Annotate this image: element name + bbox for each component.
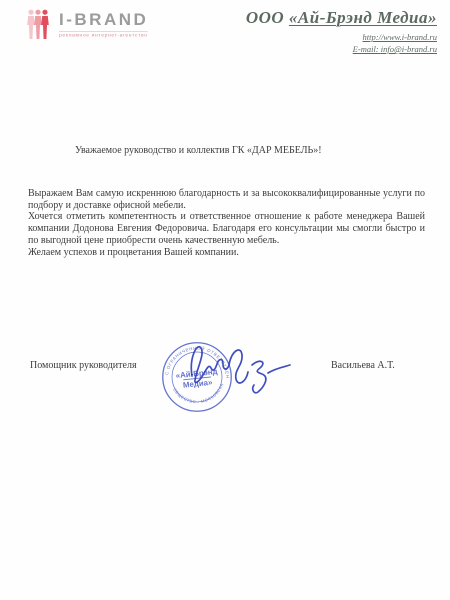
company-name: ООО «Ай-Брэнд Медиа» [246,8,437,28]
signer-position: Помощник руководителя [30,360,137,371]
company-title: «Ай-Брэнд Медиа» [289,8,437,27]
email-label: E-mail: [353,44,379,54]
company-prefix: ООО [246,8,284,27]
brand-wordmark: I-BRAND [59,9,202,31]
company-email-line: E-mail: info@i-brand.ru [246,44,437,54]
letterhead-company-block: ООО «Ай-Брэнд Медиа» http://www.i-brand.… [246,8,437,54]
company-website: http://www.i-brand.ru [246,32,437,42]
brand-tagline: рекламное интернет-агентство [59,31,148,38]
signer-name: Васильева А.Т. [331,360,395,371]
email-address: info@i-brand.ru [381,44,437,54]
handwritten-signature [184,334,294,398]
letter-body: Выражаем Вам самую искреннюю благодарнос… [28,188,425,258]
salutation: Уважаемое руководство и коллектив ГК «ДА… [75,145,322,156]
paragraph: Желаем успехов и процветания Вашей компа… [28,247,425,259]
company-logo: I-BRAND рекламное интернет-агентство [26,9,202,42]
paragraph: Хочется отметить компетентность и ответс… [28,211,425,246]
person-icon [26,9,56,40]
letter-page: I-BRAND рекламное интернет-агентство ООО… [0,0,450,600]
paragraph: Выражаем Вам самую искреннюю благодарнос… [28,188,425,211]
